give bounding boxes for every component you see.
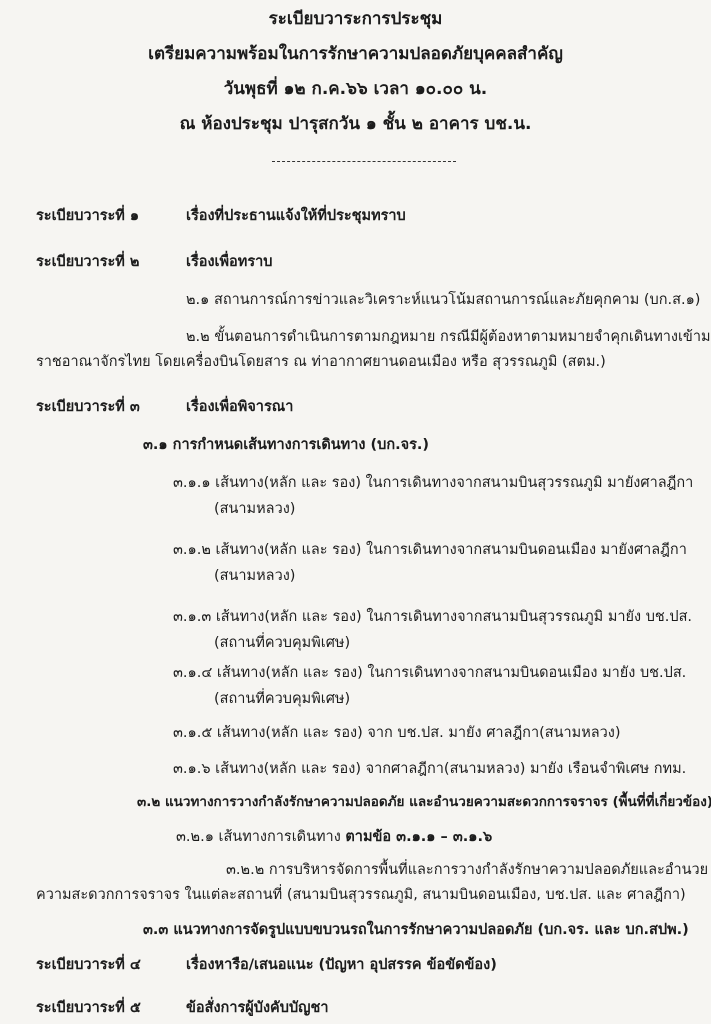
item-3-1-1-cont: (สนามหลวง)	[214, 500, 295, 518]
agenda-2-label: ระเบียบวาระที่ ๒	[36, 253, 186, 271]
agenda-3: ระเบียบวาระที่ ๓เรื่องเพื่อพิจารณา	[36, 398, 293, 416]
doc-title: ระเบียบวาระการประชุม	[0, 10, 711, 28]
item-3-1-5: ๓.๑.๕ เส้นทาง(หลัก และ รอง) จาก บช.ปส. ม…	[173, 724, 621, 742]
item-3-1-1: ๓.๑.๑ เส้นทาง(หลัก และ รอง) ในการเดินทาง…	[173, 474, 693, 492]
meeting-date: วันพุธที่ ๑๒ ก.ค.๖๖ เวลา ๑๐.๐๐ น.	[0, 80, 711, 98]
item-3-1-2: ๓.๑.๒ เส้นทาง(หลัก และ รอง) ในการเดินทาง…	[173, 541, 687, 559]
document-page: ระเบียบวาระการประชุม เตรียมความพร้อมในกา…	[0, 0, 711, 1024]
item-3-2-1-ref: ตามข้อ ๓.๑.๑ – ๓.๑.๖	[345, 829, 492, 845]
agenda-5-topic: ข้อสั่งการผู้บังคับบัญชา	[186, 1000, 329, 1016]
item-2-2: ๒.๒ ขั้นตอนการดำเนินการตามกฎหมาย กรณีมีผ…	[186, 328, 711, 346]
agenda-5: ระเบียบวาระที่ ๕ข้อสั่งการผู้บังคับบัญชา	[36, 999, 329, 1017]
item-2-1: ๒.๑ สถานการณ์การข่าวและวิเคราะห์แนวโน้มส…	[186, 291, 700, 309]
agenda-3-label: ระเบียบวาระที่ ๓	[36, 398, 186, 416]
item-3-1-4: ๓.๑.๔ เส้นทาง(หลัก และ รอง) ในการเดินทาง…	[173, 664, 686, 682]
section-3-2-heading: ๓.๒ แนวทางการวางกำลังรักษาความปลอดภัย แล…	[137, 793, 711, 811]
section-3-1-heading: ๓.๑ การกำหนดเส้นทางการเดินทาง (บก.จร.)	[143, 436, 429, 454]
item-3-2-1-text: ๓.๒.๑ เส้นทางการเดินทาง	[176, 829, 341, 845]
agenda-3-topic: เรื่องเพื่อพิจารณา	[186, 399, 293, 415]
agenda-1-label: ระเบียบวาระที่ ๑	[36, 207, 186, 225]
meeting-venue: ณ ห้องประชุม ปารุสกวัน ๑ ชั้น ๒ อาคาร บช…	[0, 115, 711, 133]
agenda-2-topic: เรื่องเพื่อทราบ	[186, 254, 272, 270]
item-3-2-1: ๓.๒.๑ เส้นทางการเดินทาง ตามข้อ ๓.๑.๑ – ๓…	[176, 828, 492, 846]
doc-subtitle: เตรียมความพร้อมในการรักษาความปลอดภัยบุคค…	[0, 45, 711, 63]
item-3-1-4-cont: (สถานที่ควบคุมพิเศษ)	[214, 690, 350, 708]
section-3-3-heading: ๓.๓ แนวทางการจัดรูปแบบขบวนรถในการรักษาคว…	[143, 921, 689, 939]
item-3-2-2-cont: ความสะดวกการจราจร ในแต่ละสถานที่ (สนามบิ…	[36, 886, 686, 904]
agenda-1: ระเบียบวาระที่ ๑เรื่องที่ประธานแจ้งให้ที…	[36, 207, 406, 225]
item-3-2-2: ๓.๒.๒ การบริหารจัดการพื้นที่และการวางกำล…	[226, 861, 708, 879]
agenda-4-label: ระเบียบวาระที่ ๔	[36, 956, 186, 974]
separator-line	[272, 161, 456, 162]
item-3-1-3-cont: (สถานที่ควบคุมพิเศษ)	[214, 634, 350, 652]
item-3-1-2-cont: (สนามหลวง)	[214, 567, 295, 585]
agenda-4-topic: เรื่องหารือ/เสนอแนะ (ปัญหา อุปสรรค ข้อขั…	[186, 957, 497, 973]
agenda-1-topic: เรื่องที่ประธานแจ้งให้ที่ประชุมทราบ	[186, 208, 406, 224]
item-2-2-cont: ราชอาณาจักรไทย โดยเครื่องบินโดยสาร ณ ท่า…	[36, 353, 606, 371]
item-3-1-3: ๓.๑.๓ เส้นทาง(หลัก และ รอง) ในการเดินทาง…	[173, 608, 692, 626]
agenda-2: ระเบียบวาระที่ ๒เรื่องเพื่อทราบ	[36, 253, 272, 271]
agenda-4: ระเบียบวาระที่ ๔เรื่องหารือ/เสนอแนะ (ปัญ…	[36, 956, 497, 974]
agenda-5-label: ระเบียบวาระที่ ๕	[36, 999, 186, 1017]
item-3-1-6: ๓.๑.๖ เส้นทาง(หลัก และ รอง) จากศาลฎีกา(ส…	[173, 760, 686, 778]
